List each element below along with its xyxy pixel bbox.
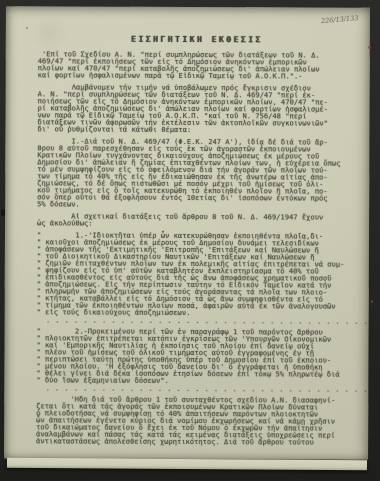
section-1-paragraph: Ι.-Διά τοῦ Ν. Δ. 469/47 (Φ.Ε.Κ. 247 Α'),… [37,137,355,208]
closing-paragraph: 'Ηδη διά τοῦ ἄρθρου 1 τοῦ συνταχθέντος σ… [36,395,354,445]
document-page: 226/13/133 ΕΙΣΗΓΗΤΙΚΗ ΕΚΘΕΣΙΣ 'Επί τοῦ Σ… [4,6,370,460]
scanner-background: 226/13/133 ΕΙΣΗΓΗΤΙΚΗ ΕΚΘΕΣΙΣ 'Επί τοῦ Σ… [0,0,380,481]
subject-paragraph: 'Επί τοῦ Σχεδίου Α. Ν. "περί συμπληρώσεω… [38,50,356,79]
rust-speck [371,300,373,303]
dotted-separator: . . . . . . . . . . . . . . . . . . . . … [36,384,354,392]
document-body: ΕΙΣΗΓΗΤΙΚΗ ΕΚΘΕΣΙΣ 'Επί τοῦ Σχεδίου Α. Ν… [4,6,370,451]
intro-paragraph: Λαμβάνομεν τήν τιμήν νά ὑποβάλωμεν πρός … [37,83,355,133]
provisions-lead-in: Αἱ σχετικαί διατάξεις τοῦ ἄρθρου 8 τοῦ Ν… [37,212,355,227]
rust-speck [368,46,371,49]
dust-speck [26,27,28,29]
document-title: ΕΙΣΗΓΗΤΙΚΗ ΕΚΘΕΣΙΣ [38,34,356,44]
quoted-provision-1: " 1.-'Ιδιοκτῆται ὑπέρ ὧν κατεκυρώθησαν ἐ… [37,231,355,316]
quoted-provision-2: " 2.-Προκειμένου περί τῶν ἐν παραγράφῳ 1… [36,327,354,384]
dotted-separator: . . . . . . . . . . . . . . . . . . . . … [37,316,355,324]
edge-ink-blot [1,209,5,216]
underlying-sheet-edge [7,458,367,471]
